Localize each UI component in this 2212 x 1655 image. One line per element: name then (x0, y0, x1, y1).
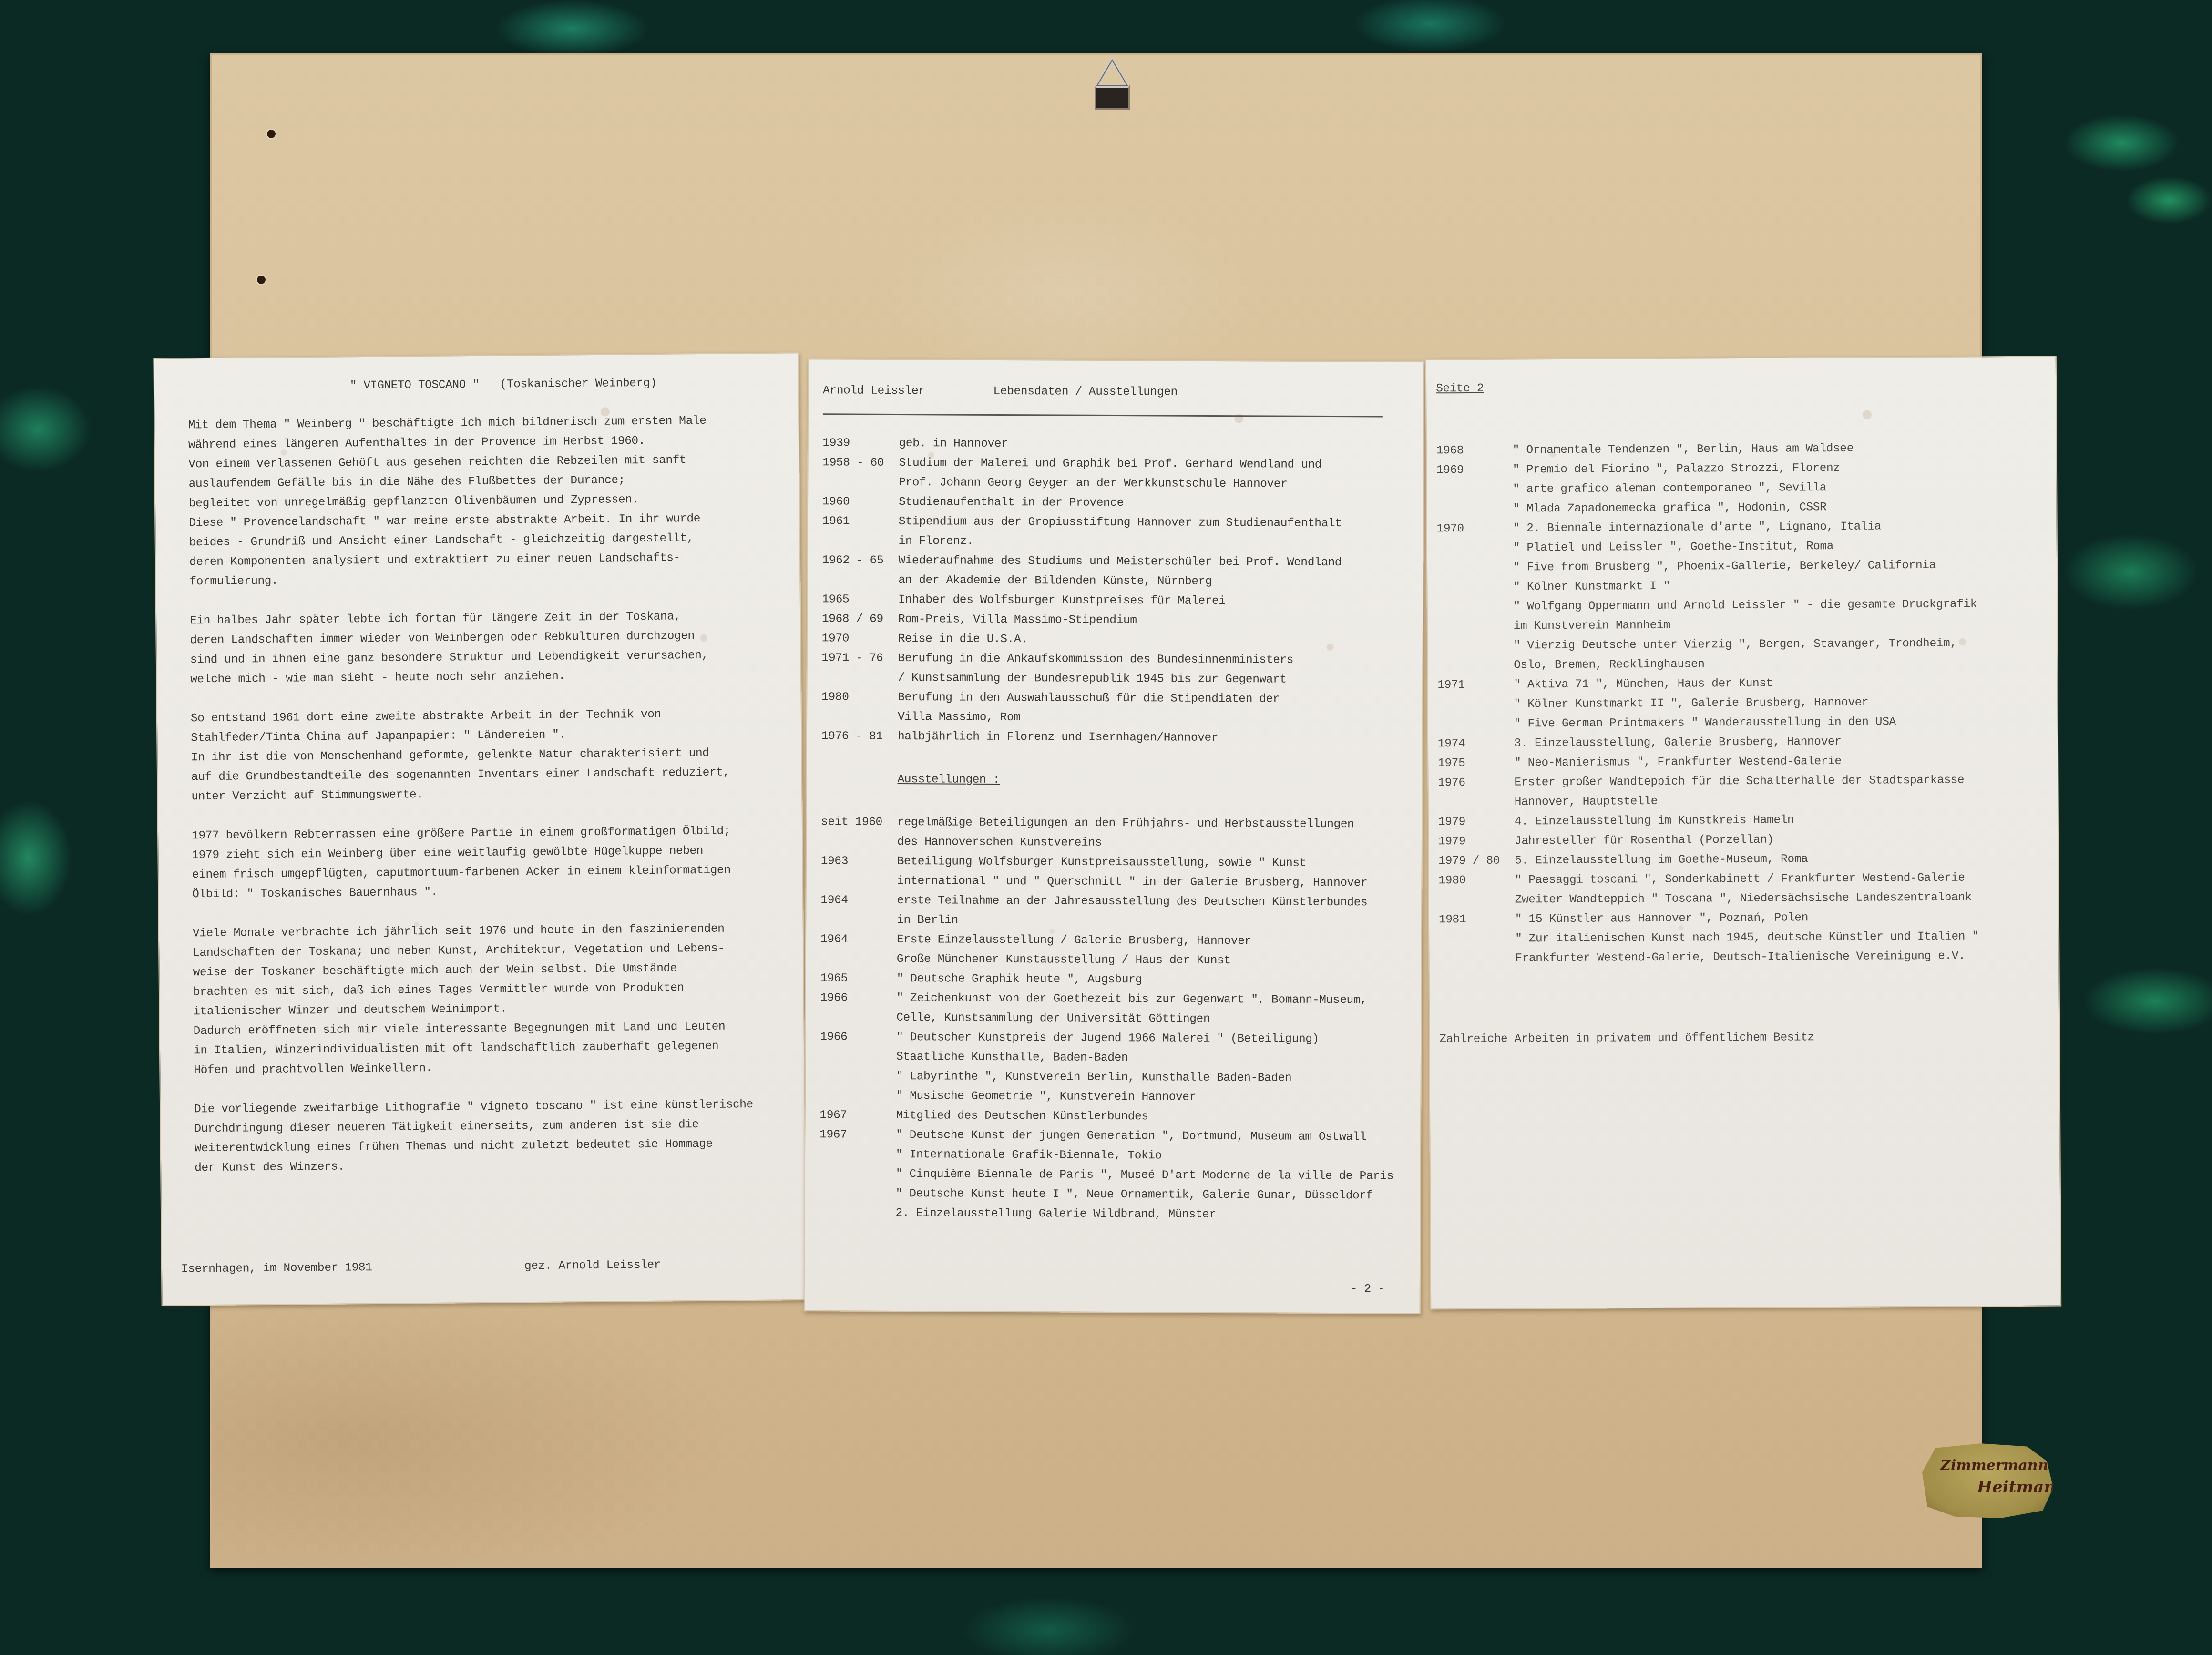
list-item: 1980" Paesaggi toscani ", Sonderkabinett… (1438, 868, 1978, 910)
list-item: 1965Inhaber des Wolfsburger Kunstpreises… (822, 590, 1342, 612)
document-vigneto-toscano: " VIGNETO TOSCANO " (Toskanischer Weinbe… (153, 352, 807, 1306)
signature: gez. Arnold Leissler (524, 1256, 661, 1276)
section-heading: Ausstellungen : (897, 770, 1000, 790)
framer-label-line2: Heitmann (1977, 1478, 2068, 1497)
list-item: 1966" Deutscher Kunstpreis der Jugend 19… (820, 1027, 1394, 1108)
list-item: seit 1960regelmäßige Beteiligungen an de… (821, 812, 1395, 854)
framer-label: Zimmermann Heitmann (1922, 1442, 2053, 1518)
list-item: 1958 - 60Studium der Malerei und Graphik… (822, 453, 1342, 494)
list-item: 1979 / 805. Einzelausstellung im Goethe-… (1438, 848, 1978, 871)
list-item: 1963Beteiligung Wolfsburger Kunstpreisau… (820, 851, 1394, 893)
biography-list: 1939geb. in Hannover 1958 - 60Studium de… (821, 433, 1342, 748)
exhibitions-list: seit 1960regelmäßige Beteiligungen an de… (819, 812, 1395, 1225)
list-item: 1967Mitglied des Deutschen Künstlerbunde… (819, 1105, 1393, 1127)
list-item: 1971 - 76Berufung in die Ankaufskommissi… (821, 648, 1341, 690)
paragraph: Mit dem Thema " Weinberg " beschäftigte … (188, 411, 776, 592)
list-item: 1964Erste Einzelausstellung / Galerie Br… (820, 930, 1394, 971)
list-item: 1976 - 81halbjährlich in Florenz und Ise… (821, 726, 1341, 748)
list-item: 1971" Aktiva 71 ", München, Haus der Kun… (1437, 673, 1977, 734)
paragraph: Ein halbes Jahr später lebte ich fortan … (190, 606, 777, 690)
list-item: 1966" Zeichenkunst von der Goethezeit bi… (820, 988, 1394, 1030)
divider (823, 413, 1383, 417)
list-item: 1970Reise in die U.S.A. (822, 629, 1342, 651)
list-item: 1969" Premio del Fiorino ", Palazzo Stro… (1436, 458, 1976, 519)
list-item: 1968" Ornamentale Tendenzen ", Berlin, H… (1436, 438, 1976, 460)
list-item: 1964erste Teilnahme an der Jahresausstel… (820, 890, 1394, 932)
list-item: 1939geb. in Hannover (823, 433, 1342, 455)
list-item: 1967" Deutsche Kunst der jungen Generati… (819, 1125, 1393, 1225)
list-item: 1976Erster großer Wandteppich für die Sc… (1438, 770, 1978, 812)
document-title: Lebensdaten / Ausstellungen (993, 385, 1178, 399)
list-item: 1961Stipendium aus der Gropiusstiftung H… (822, 511, 1342, 553)
list-item: 1975" Neo-Manierismus ", Frankfurter Wes… (1438, 751, 1978, 773)
list-item: 1980Berufung in den Auswahlausschuß für … (821, 687, 1341, 729)
list-item: 1962 - 65Wiederaufnahme des Studiums und… (822, 551, 1342, 592)
document-body: Mit dem Thema " Weinberg " beschäftigte … (188, 411, 781, 1198)
document-title: Seite 2 (1436, 379, 1484, 399)
list-item: 19743. Einzelausstellung, Galerie Brusbe… (1438, 731, 1978, 754)
page-number: - 2 - (1351, 1279, 1385, 1299)
framer-label-line1: Zimmermann (1940, 1457, 2048, 1474)
document-title: " VIGNETO TOSCANO " (Toskanischer Weinbe… (350, 374, 657, 396)
document-footer: Zahlreiche Arbeiten in privatem und öffe… (1439, 1028, 1814, 1049)
hanging-hook-icon (1088, 56, 1136, 111)
document-header: Arnold Leissler Lebensdaten / Ausstellun… (823, 381, 1178, 402)
list-item: 1960Studienaufenthalt in der Provence (822, 492, 1342, 514)
document-footer: Isernhagen, im November 1981 gez. Arnold… (181, 1255, 753, 1279)
nail-hole (267, 130, 276, 138)
list-item: 1979Jahresteller für Rosenthal (Porzella… (1438, 829, 1978, 851)
list-item: 1970" 2. Biennale internazionale d'arte … (1437, 516, 1977, 675)
place-date: Isernhagen, im November 1981 (181, 1257, 524, 1279)
paragraph: So entstand 1961 dort eine zweite abstra… (191, 704, 778, 807)
exhibitions-list: 1968" Ornamentale Tendenzen ", Berlin, H… (1436, 438, 1979, 969)
list-item: 1981" 15 Künstler aus Hannover ", Poznań… (1439, 907, 1979, 969)
document-exhibitions-page-2: Seite 2 1968" Ornamentale Tendenzen ", B… (1425, 356, 2061, 1310)
paragraph: Die vorliegende zweifarbige Lithografie … (194, 1095, 781, 1178)
nail-hole (257, 276, 266, 284)
document-biography: Arnold Leissler Lebensdaten / Ausstellun… (804, 358, 1425, 1314)
artist-name: Arnold Leissler (823, 384, 925, 398)
paragraph: 1977 bevölkern Rebterrassen eine größere… (192, 821, 778, 905)
paragraph: Viele Monate verbrachte ich jährlich sei… (193, 919, 780, 1081)
list-item: 1968 / 69Rom-Preis, Villa Massimo-Stipen… (822, 609, 1342, 631)
list-item: 1965" Deutsche Graphik heute ", Augsburg (820, 969, 1394, 991)
list-item: 19794. Einzelausstellung im Kunstkreis H… (1438, 809, 1978, 832)
